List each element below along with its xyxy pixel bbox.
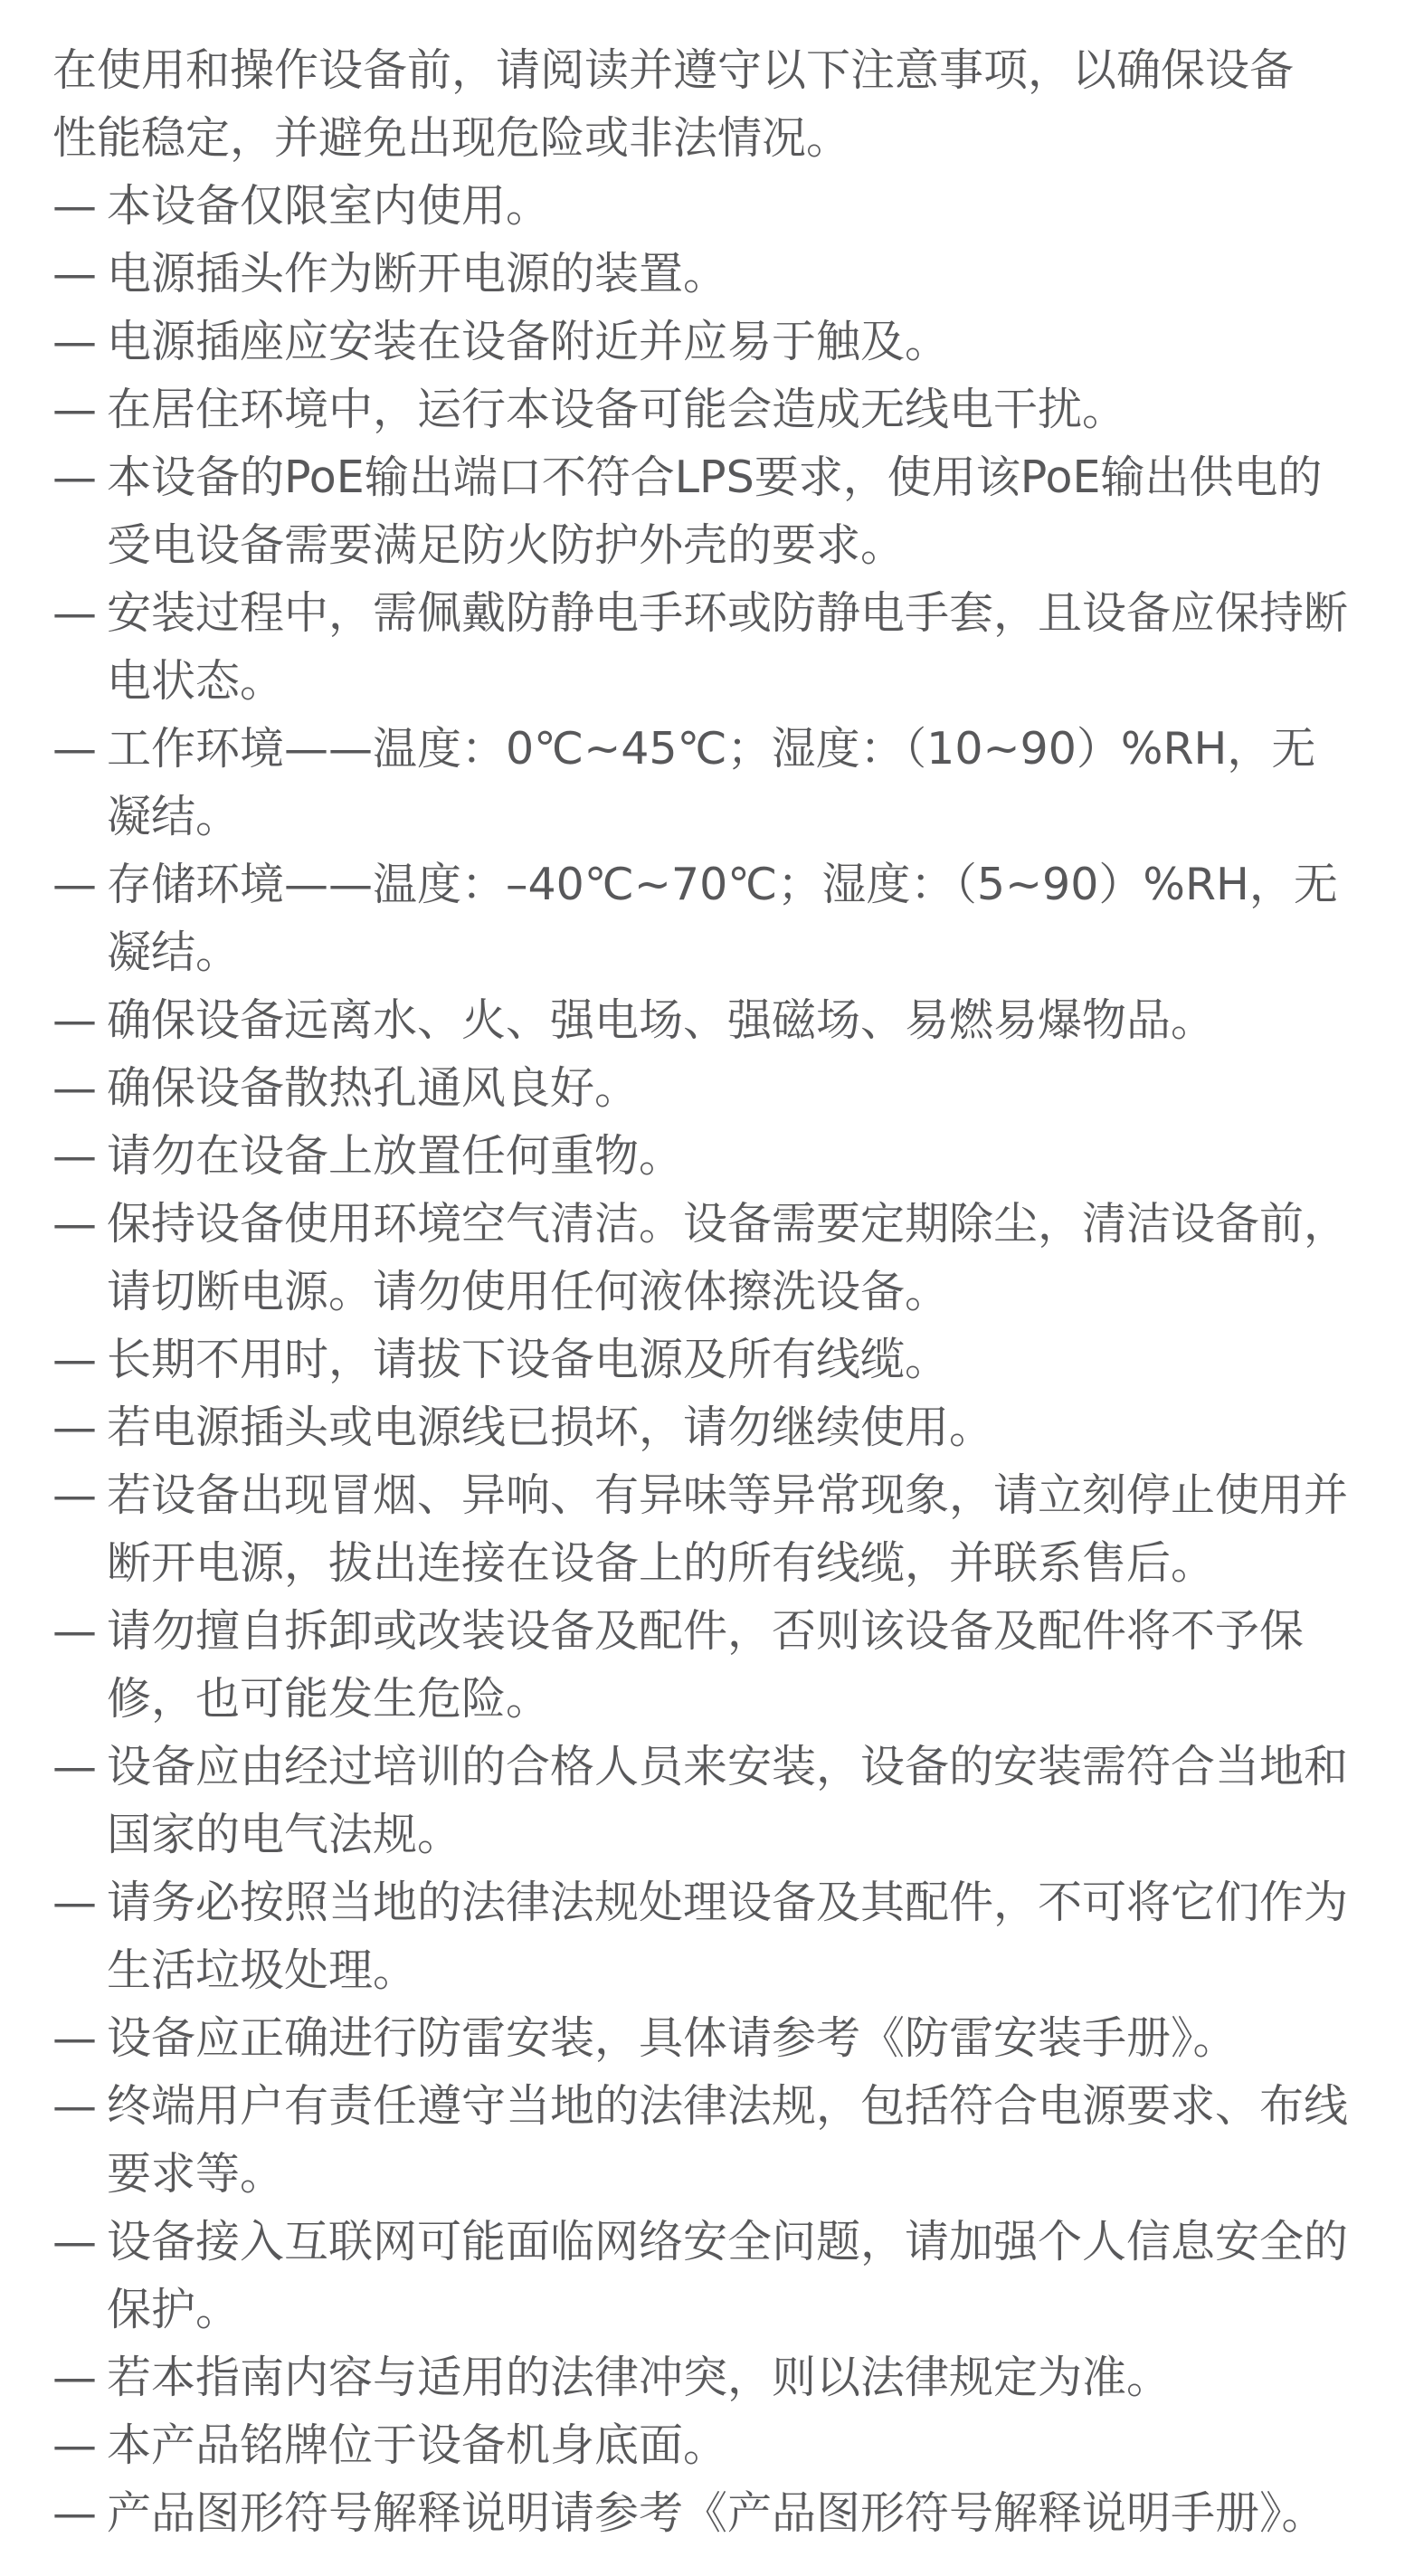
dash-bullet: — [52, 1597, 107, 1665]
dash-bullet: — [52, 2208, 107, 2276]
notice-item: —长期不用时，请拔下设备电源及所有线缆。 [52, 1326, 1351, 1393]
notice-item-text: 保持设备使用环境空气清洁。设备需要定期除尘，清洁设备前，请切断电源。请勿使用任何… [107, 1190, 1351, 1326]
notice-item-text: 设备应由经过培训的合格人员来安装，设备的安装需符合当地和国家的电气法规。 [107, 1733, 1351, 1868]
notice-item: —设备接入互联网可能面临网络安全问题，请加强个人信息安全的保护。 [52, 2208, 1351, 2343]
notice-item-text: 安装过程中，需佩戴防静电手环或防静电手套，且设备应保持断电状态。 [107, 579, 1351, 715]
notice-item-text: 请务必按照当地的法律法规处理设备及其配件，不可将它们作为生活垃圾处理。 [107, 1868, 1351, 2004]
notice-item: —存储环境——温度：–40℃~70℃；湿度：（5~90）%RH，无凝结。 [52, 851, 1351, 986]
notice-item-text: 本产品铭牌位于设备机身底面。 [107, 2411, 1351, 2479]
dash-bullet: — [52, 1326, 107, 1393]
notice-item: —确保设备远离水、火、强电场、强磁场、易燃易爆物品。 [52, 986, 1351, 1054]
dash-bullet: — [52, 851, 107, 918]
notice-item: —电源插头作为断开电源的装置。 [52, 240, 1351, 308]
notice-item-text: 工作环境——温度：0℃~45℃；湿度：（10~90）%RH，无凝结。 [107, 715, 1351, 851]
notice-item: —电源插座应安装在设备附近并应易于触及。 [52, 308, 1351, 375]
dash-bullet: — [52, 715, 107, 783]
notice-item: —若本指南内容与适用的法律冲突，则以法律规定为准。 [52, 2343, 1351, 2411]
notice-item-text: 若本指南内容与适用的法律冲突，则以法律规定为准。 [107, 2343, 1351, 2411]
dash-bullet: — [52, 2343, 107, 2411]
notice-item: —本设备仅限室内使用。 [52, 172, 1351, 240]
notice-item: —设备应正确进行防雷安装，具体请参考《防雷安装手册》。 [52, 2004, 1351, 2072]
dash-bullet: — [52, 172, 107, 240]
dash-bullet: — [52, 2479, 107, 2547]
notice-item: —工作环境——温度：0℃~45℃；湿度：（10~90）%RH，无凝结。 [52, 715, 1351, 851]
notice-item-text: 在居住环境中，运行本设备可能会造成无线电干扰。 [107, 375, 1351, 443]
notice-item-text: 请勿在设备上放置任何重物。 [107, 1122, 1351, 1190]
notice-item-text: 本设备的PoE输出端口不符合LPS要求，使用该PoE输出供电的受电设备需要满足防… [107, 443, 1351, 579]
dash-bullet: — [52, 2004, 107, 2072]
notice-item-text: 长期不用时，请拔下设备电源及所有线缆。 [107, 1326, 1351, 1393]
notice-item: —本产品铭牌位于设备机身底面。 [52, 2411, 1351, 2479]
dash-bullet: — [52, 240, 107, 308]
dash-bullet: — [52, 1733, 107, 1801]
notice-item-text: 确保设备远离水、火、强电场、强磁场、易燃易爆物品。 [107, 986, 1351, 1054]
notice-item: —请勿在设备上放置任何重物。 [52, 1122, 1351, 1190]
dash-bullet: — [52, 1054, 107, 1122]
dash-bullet: — [52, 2411, 107, 2479]
dash-bullet: — [52, 1190, 107, 1258]
notice-item: —本设备的PoE输出端口不符合LPS要求，使用该PoE输出供电的受电设备需要满足… [52, 443, 1351, 579]
dash-bullet: — [52, 2072, 107, 2140]
dash-bullet: — [52, 1122, 107, 1190]
notice-item: —保持设备使用环境空气清洁。设备需要定期除尘，清洁设备前，请切断电源。请勿使用任… [52, 1190, 1351, 1326]
notice-item: —安装过程中，需佩戴防静电手环或防静电手套，且设备应保持断电状态。 [52, 579, 1351, 715]
dash-bullet: — [52, 1393, 107, 1461]
notice-item: —若设备出现冒烟、异响、有异味等异常现象，请立刻停止使用并断开电源，拔出连接在设… [52, 1461, 1351, 1597]
notice-item-text: 请勿擅自拆卸或改装设备及配件，否则该设备及配件将不予保修，也可能发生危险。 [107, 1597, 1351, 1733]
notice-item-text: 存储环境——温度：–40℃~70℃；湿度：（5~90）%RH，无凝结。 [107, 851, 1351, 986]
notice-item: —请勿擅自拆卸或改装设备及配件，否则该设备及配件将不予保修，也可能发生危险。 [52, 1597, 1351, 1733]
notice-item-text: 设备接入互联网可能面临网络安全问题，请加强个人信息安全的保护。 [107, 2208, 1351, 2343]
notice-item-text: 本设备仅限室内使用。 [107, 172, 1351, 240]
safety-notice-page: 在使用和操作设备前，请阅读并遵守以下注意事项，以确保设备性能稳定，并避免出现危险… [0, 0, 1414, 2576]
notice-item-text: 若设备出现冒烟、异响、有异味等异常现象，请立刻停止使用并断开电源，拔出连接在设备… [107, 1461, 1351, 1597]
dash-bullet: — [52, 1461, 107, 1529]
notice-item-text: 终端用户有责任遵守当地的法律法规，包括符合电源要求、布线要求等。 [107, 2072, 1351, 2208]
notice-item-text: 电源插头作为断开电源的装置。 [107, 240, 1351, 308]
dash-bullet: — [52, 986, 107, 1054]
notice-item: —设备应由经过培训的合格人员来安装，设备的安装需符合当地和国家的电气法规。 [52, 1733, 1351, 1868]
notice-item: —请务必按照当地的法律法规处理设备及其配件，不可将它们作为生活垃圾处理。 [52, 1868, 1351, 2004]
notice-list: —本设备仅限室内使用。—电源插头作为断开电源的装置。—电源插座应安装在设备附近并… [52, 172, 1351, 2547]
dash-bullet: — [52, 1868, 107, 1936]
notice-item: —终端用户有责任遵守当地的法律法规，包括符合电源要求、布线要求等。 [52, 2072, 1351, 2208]
dash-bullet: — [52, 579, 107, 647]
intro-paragraph: 在使用和操作设备前，请阅读并遵守以下注意事项，以确保设备性能稳定，并避免出现危险… [52, 36, 1351, 172]
notice-item-text: 产品图形符号解释说明请参考《产品图形符号解释说明手册》。 [107, 2479, 1351, 2547]
notice-item-text: 电源插座应安装在设备附近并应易于触及。 [107, 308, 1351, 375]
notice-item: —若电源插头或电源线已损坏，请勿继续使用。 [52, 1393, 1351, 1461]
notice-item-text: 若电源插头或电源线已损坏，请勿继续使用。 [107, 1393, 1351, 1461]
notice-item-text: 确保设备散热孔通风良好。 [107, 1054, 1351, 1122]
notice-item-text: 设备应正确进行防雷安装，具体请参考《防雷安装手册》。 [107, 2004, 1351, 2072]
dash-bullet: — [52, 308, 107, 375]
notice-item: —产品图形符号解释说明请参考《产品图形符号解释说明手册》。 [52, 2479, 1351, 2547]
dash-bullet: — [52, 375, 107, 443]
notice-item: —在居住环境中，运行本设备可能会造成无线电干扰。 [52, 375, 1351, 443]
notice-item: —确保设备散热孔通风良好。 [52, 1054, 1351, 1122]
dash-bullet: — [52, 443, 107, 511]
